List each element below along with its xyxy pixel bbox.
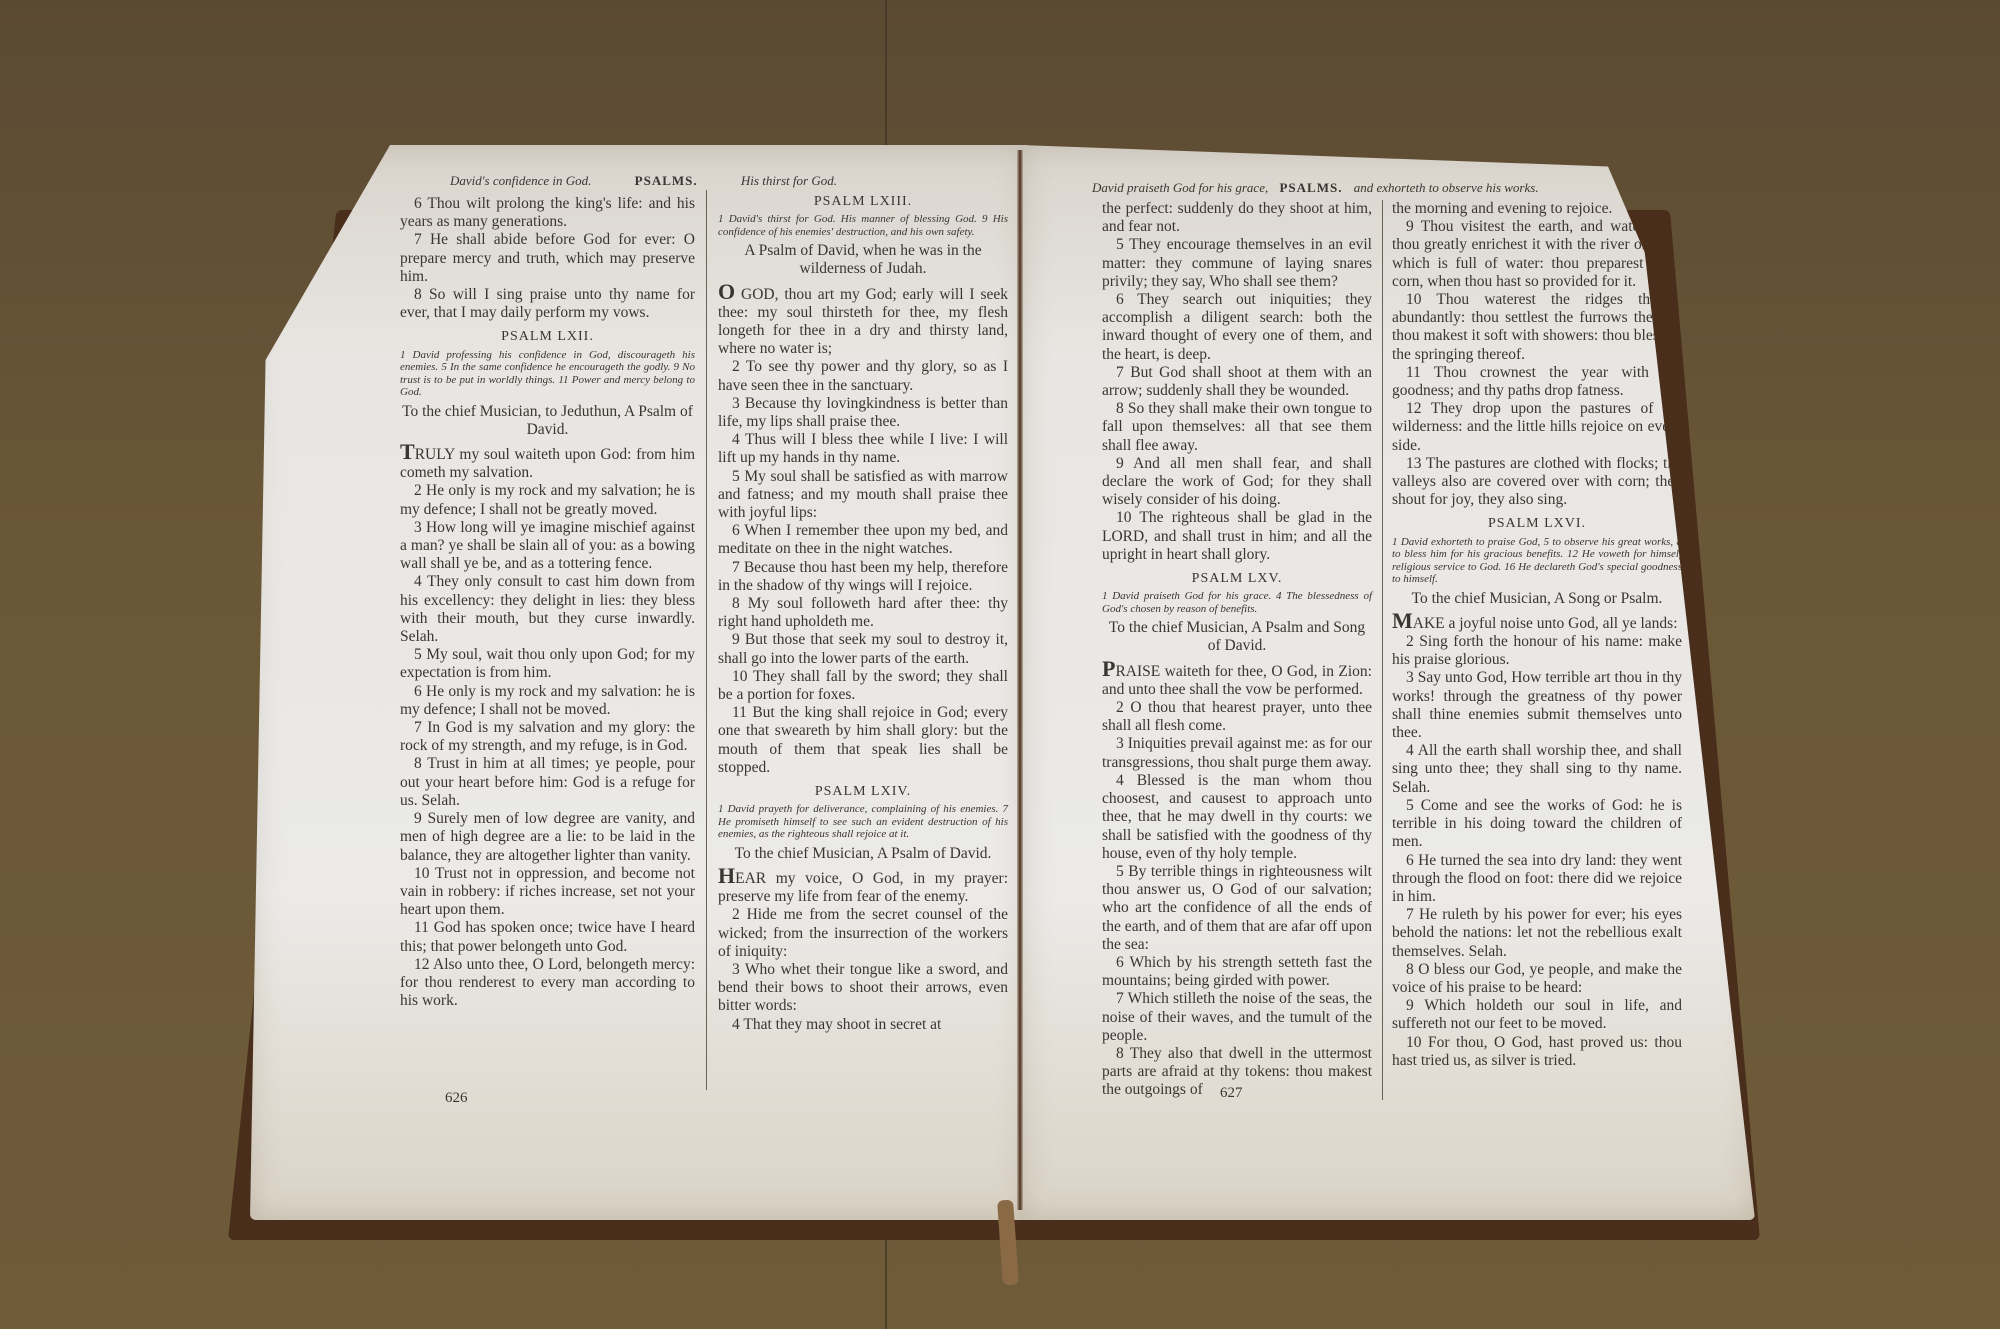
drop-cap: O bbox=[718, 279, 735, 304]
verse: 3 Iniquities prevail against me: as for … bbox=[1102, 735, 1372, 771]
verse: 10 Trust not in oppression, and become n… bbox=[400, 865, 695, 920]
verse: 9 But those that seek my soul to destroy… bbox=[718, 631, 1008, 667]
verse: 6 Which by his strength setteth fast the… bbox=[1102, 954, 1372, 990]
column-rule bbox=[1382, 200, 1383, 1100]
verse: 6 When I remember thee upon my bed, and … bbox=[718, 522, 1008, 558]
psalm-superscription: To the chief Musician, A Psalm of David. bbox=[718, 845, 1008, 863]
verse: 10 The righteous shall be glad in the LO… bbox=[1102, 509, 1372, 564]
verse: 5 They encourage themselves in an evil m… bbox=[1102, 236, 1372, 291]
verse: 10 They shall fall by the sword; they sh… bbox=[718, 668, 1008, 704]
psalm-heading: PSALM LXIII. bbox=[718, 193, 1008, 211]
psalm-superscription: A Psalm of David, when he was in the wil… bbox=[718, 242, 1008, 278]
verse: 13 The pastures are clothed with flocks;… bbox=[1392, 455, 1682, 510]
verse: 4 Thus will I bless thee while I live: I… bbox=[718, 431, 1008, 467]
verse: 4 Blessed is the man whom thou choosest,… bbox=[1102, 772, 1372, 863]
verse: 12 Also unto thee, O Lord, belongeth mer… bbox=[400, 956, 695, 1011]
verse: 4 They only consult to cast him down fro… bbox=[400, 573, 695, 646]
psalm-superscription: To the chief Musician, A Song or Psalm. bbox=[1392, 590, 1682, 608]
left-page: David's confidence in God. PSALMS. His t… bbox=[250, 145, 1028, 1220]
verse: 2 Sing forth the honour of his name: mak… bbox=[1392, 633, 1682, 669]
page-number: 627 bbox=[1220, 1085, 1243, 1102]
verse-text: RAISE waiteth for thee, O God, in Zion: … bbox=[1102, 663, 1372, 698]
psalm-summary: 1 David exhorteth to praise God, 5 to ob… bbox=[1392, 536, 1682, 586]
verse: 2 O thou that hearest prayer, unto thee … bbox=[1102, 699, 1372, 735]
psalm-heading: PSALM LXIV. bbox=[718, 783, 1008, 801]
right-page-column-2: the morning and evening to rejoice. 9 Th… bbox=[1392, 200, 1682, 1070]
running-head-left: David's confidence in God. bbox=[450, 173, 591, 188]
drop-cap: H bbox=[718, 863, 735, 888]
drop-cap: T bbox=[400, 439, 415, 464]
psalm-superscription: To the chief Musician, A Psalm and Song … bbox=[1102, 619, 1372, 655]
verse: 2 He only is my rock and my salvation; h… bbox=[400, 482, 695, 518]
verse: 8 So they shall make their own tongue to… bbox=[1102, 400, 1372, 455]
verse: the perfect: suddenly do they shoot at h… bbox=[1102, 200, 1372, 236]
psalm-summary: 1 David professing his confidence in God… bbox=[400, 349, 695, 399]
running-head-left: David praiseth God for his grace, bbox=[1092, 180, 1268, 195]
verse: 7 He ruleth by his power for ever; his e… bbox=[1392, 906, 1682, 961]
verse: 3 Because thy lovingkindness is better t… bbox=[718, 395, 1008, 431]
drop-cap: P bbox=[1102, 656, 1115, 681]
verse: 7 He shall abide before God for ever: O … bbox=[400, 231, 695, 286]
first-verse: HEAR my voice, O God, in my prayer: pres… bbox=[718, 867, 1008, 906]
verse-text: EAR my voice, O God, in my prayer: prese… bbox=[718, 870, 1008, 905]
verse: 7 Which stilleth the noise of the seas, … bbox=[1102, 990, 1372, 1045]
verse: 7 But God shall shoot at them with an ar… bbox=[1102, 364, 1372, 400]
psalm-summary: 1 David's thirst for God. His manner of … bbox=[718, 213, 1008, 238]
book-gutter bbox=[1017, 150, 1023, 1210]
running-head-right: His thirst for God. bbox=[741, 173, 837, 188]
running-head-right: and exhorteth to observe his works. bbox=[1354, 180, 1539, 195]
first-verse: PRAISE waiteth for thee, O God, in Zion:… bbox=[1102, 660, 1372, 699]
verse: 5 My soul shall be satisfied as with mar… bbox=[718, 468, 1008, 523]
psalm-heading: PSALM LXII. bbox=[400, 328, 695, 346]
verse: 10 Thou waterest the ridges thereof abun… bbox=[1392, 291, 1682, 364]
verse: 11 Thou crownest the year with thy goodn… bbox=[1392, 364, 1682, 400]
verse: 6 He turned the sea into dry land: they … bbox=[1392, 852, 1682, 907]
verse: 7 In God is my salvation and my glory: t… bbox=[400, 719, 695, 755]
psalm-superscription: To the chief Musician, to Jeduthun, A Ps… bbox=[400, 403, 695, 439]
page-number: 626 bbox=[445, 1090, 468, 1107]
verse: 5 Come and see the works of God: he is t… bbox=[1392, 797, 1682, 852]
psalm-summary: 1 David prayeth for deliverance, complai… bbox=[718, 803, 1008, 841]
running-head-center: PSALMS. bbox=[635, 173, 698, 188]
verse-text: RULY my soul waiteth upon God: from him … bbox=[400, 446, 695, 481]
first-verse: TRULY my soul waiteth upon God: from him… bbox=[400, 443, 695, 482]
column-rule bbox=[706, 190, 707, 1090]
verse: 9 And all men shall fear, and shall decl… bbox=[1102, 455, 1372, 510]
drop-cap: M bbox=[1392, 608, 1413, 633]
left-page-column-1: 6 Thou wilt prolong the king's life: and… bbox=[400, 195, 695, 1010]
right-page: David praiseth God for his grace, PSALMS… bbox=[1020, 145, 1755, 1220]
verse: 5 My soul, wait thou only upon God; for … bbox=[400, 646, 695, 682]
right-page-column-1: the perfect: suddenly do they shoot at h… bbox=[1102, 200, 1372, 1100]
first-verse: O GOD, thou art my God; early will I see… bbox=[718, 283, 1008, 359]
verse: 4 All the earth shall worship thee, and … bbox=[1392, 742, 1682, 797]
verse: 8 O bless our God, ye people, and make t… bbox=[1392, 961, 1682, 997]
verse: 7 Because thou hast been my help, theref… bbox=[718, 559, 1008, 595]
verse: 10 For thou, O God, hast proved us: thou… bbox=[1392, 1034, 1682, 1070]
verse-text: AKE a joyful noise unto God, all ye land… bbox=[1413, 615, 1678, 632]
verse: 12 They drop upon the pastures of the wi… bbox=[1392, 400, 1682, 455]
verse: 8 Trust in him at all times; ye people, … bbox=[400, 755, 695, 810]
verse: 9 Surely men of low degree are vanity, a… bbox=[400, 810, 695, 865]
verse: 6 They search out iniquities; they accom… bbox=[1102, 291, 1372, 364]
running-head-center: PSALMS. bbox=[1279, 180, 1342, 195]
verse: 3 Who whet their tongue like a sword, an… bbox=[718, 961, 1008, 1016]
psalm-heading: PSALM LXV. bbox=[1102, 570, 1372, 588]
verse-text: GOD, thou art my God; early will I seek … bbox=[718, 286, 1008, 358]
verse: 8 So will I sing praise unto thy name fo… bbox=[400, 286, 695, 322]
verse: 3 How long will ye imagine mischief agai… bbox=[400, 519, 695, 574]
verse: 6 Thou wilt prolong the king's life: and… bbox=[400, 195, 695, 231]
verse: 4 That they may shoot in secret at bbox=[718, 1016, 1008, 1034]
verse: 6 He only is my rock and my salvation: h… bbox=[400, 683, 695, 719]
verse: 11 God has spoken once; twice have I hea… bbox=[400, 919, 695, 955]
verse: 5 By terrible things in righteousness wi… bbox=[1102, 863, 1372, 954]
verse: 11 But the king shall rejoice in God; ev… bbox=[718, 704, 1008, 777]
verse: 3 Say unto God, How terrible art thou in… bbox=[1392, 669, 1682, 742]
verse: 2 To see thy power and thy glory, so as … bbox=[718, 358, 1008, 394]
verse: 8 My soul followeth hard after thee: thy… bbox=[718, 595, 1008, 631]
psalm-summary: 1 David praiseth God for his grace. 4 Th… bbox=[1102, 590, 1372, 615]
left-page-column-2: PSALM LXIII. 1 David's thirst for God. H… bbox=[718, 187, 1008, 1034]
psalm-heading: PSALM LXVI. bbox=[1392, 515, 1682, 533]
running-head: David praiseth God for his grace, PSALMS… bbox=[1092, 180, 1539, 196]
first-verse: MAKE a joyful noise unto God, all ye lan… bbox=[1392, 612, 1682, 633]
verse: 2 Hide me from the secret counsel of the… bbox=[718, 906, 1008, 961]
verse: 9 Which holdeth our soul in life, and su… bbox=[1392, 997, 1682, 1033]
